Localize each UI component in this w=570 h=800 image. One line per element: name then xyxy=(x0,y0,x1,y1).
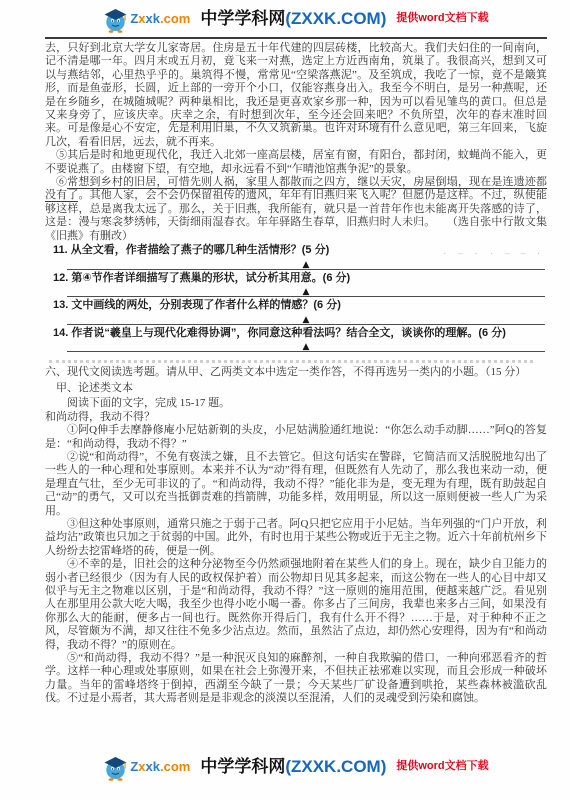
question-14: 14. 作者说“羲皇上与现代化难得协调”，你同意这种看法吗？结合全文，谈谈你的理… xyxy=(53,327,547,341)
passage-paragraph: ⑥常想到乡村的旧居，可惜先则人祸，家里人都散而之四方，继以天灾，房屋倒塌，现在是… xyxy=(45,176,547,243)
essay-paragraph: ②说“和尚动得”，不免有亵渎之嫌，且不去管它。但这句话实在警辟，它简洁而又活脱脱… xyxy=(45,451,547,518)
site-name-footer: 中学学科网(ZXXK.COM) xyxy=(200,760,386,773)
answer-marker-triangle: ▲ xyxy=(303,287,310,297)
answer-blank-13: ▲ xyxy=(67,313,545,325)
answer-blank-12: ▲ xyxy=(67,285,545,297)
answer-marker-triangle: ▲ xyxy=(303,315,310,325)
zxxk-logo-footer: Zxxk.com xyxy=(103,754,190,781)
exam-paper-page: Zxxk.com 中学学科网(ZXXK.COM) 提供word文档下载 去，只好… xyxy=(0,0,570,800)
genre-label: 甲、论述类文本 xyxy=(45,382,547,395)
site-name: 中学学科网(ZXXK.COM) xyxy=(200,12,386,25)
essay-title: 和尚动得，我动不得？ xyxy=(45,411,547,424)
zxxk-logo-text: Zxxk.com xyxy=(130,12,190,25)
passage-paragraph: ⑤其后是时和地更现代化，我迁入北郊一座高层楼，居室有窗，有阳台，都封闭，蚊蝇尚不… xyxy=(45,149,547,176)
answer-marker-triangle: ▲ xyxy=(303,342,310,352)
essay-paragraph: ③但这种处事原则，通常只施之于弱于己者。阿Q只把它应用于小尼姑。当年列强的“门户… xyxy=(45,518,547,558)
essay-paragraph: ④不幸的是，旧社会的这种分泌物至今仍然顽强地附着在某些人们的身上。现在，缺少自卫… xyxy=(45,558,547,652)
passage-text: ⑤其后是时和地更现代化，我迁入北郊一座高层楼，居室有窗，有阳台，都封闭，蚊蝇尚不… xyxy=(45,149,547,174)
scan-smudge-line xyxy=(49,355,533,363)
scan-artifact: · – · · – – · xyxy=(442,247,544,260)
zxxk-brand-row-footer: Zxxk.com 中学学科网(ZXXK.COM) 提供word文档下载 xyxy=(45,752,547,782)
zxxk-brand-row: Zxxk.com 中学学科网(ZXXK.COM) 提供word文档下载 xyxy=(45,4,547,34)
underlined-passage-text: 庆幸之余，有时想到次年，至今还会回来吧？ xyxy=(171,109,399,122)
passage-text: 。其他人家，会不会仍保留祖传的遗风，年年有旧燕归来飞入呢？但愿仍是这样。不过，纵… xyxy=(45,189,547,241)
zxxk-logo: Zxxk.com xyxy=(103,6,190,33)
download-tagline: 提供word文档下载 xyxy=(396,12,488,25)
zxxk-logo-text: Zxxk.com xyxy=(130,760,190,773)
question-12: 12. 第④节作者详细描写了燕巢的形状，试分析其用意。(6 分) xyxy=(53,272,547,286)
answer-blank-14: ▲ xyxy=(67,340,545,352)
passage-jiuyan: 去，只好到北京大学女儿家寄居。住房是五十年代建的四层砖楼，比较高大。我们夫妇住的… xyxy=(45,42,547,243)
section-six: 六、现代文阅读选考题。请从甲、乙两类文本中选定一类作答，不得再选另一类内的小题。… xyxy=(45,366,547,410)
passage-text: ⑥ xyxy=(56,176,67,188)
page-footer: Zxxk.com 中学学科网(ZXXK.COM) 提供word文档下载 xyxy=(45,752,547,782)
reading-instruction: 阅读下面的文字，完成 15-17 题。 xyxy=(45,397,547,410)
page-header: Zxxk.com 中学学科网(ZXXK.COM) 提供word文档下载 xyxy=(45,4,547,39)
essay-paragraph: ①阿Q伸手去摩静修庵小尼姑新剃的头皮，小尼姑满脸通红地说：“你怎么动手动脚……”… xyxy=(45,424,547,451)
graduate-mascot-icon xyxy=(103,754,128,781)
question-13: 13. 文中画线的两处，分别表现了作者什么样的情感？(6 分) xyxy=(53,299,547,313)
essay-heshang: 和尚动得，我动不得？ ①阿Q伸手去摩静修庵小尼姑新剃的头皮，小尼姑满脸通红地说：… xyxy=(45,411,547,706)
passage-paragraph: 去，只好到北京大学女儿家寄居。住房是五十年代建的四层砖楼，比较高大。我们夫妇住的… xyxy=(45,42,547,149)
download-tagline-footer: 提供word文档下载 xyxy=(396,760,488,773)
essay-paragraph: ⑤“和尚动得，我动不得？”是一种泯灭良知的麻醉剂，一种自我欺骗的借口，一种向邪恶… xyxy=(45,652,547,706)
answer-marker-triangle: ▲ xyxy=(303,260,310,270)
graduate-mascot-icon xyxy=(103,6,128,33)
section-heading: 六、现代文阅读选考题。请从甲、乙两类文本中选定一类作答，不得再选另一类内的小题。… xyxy=(45,366,547,379)
